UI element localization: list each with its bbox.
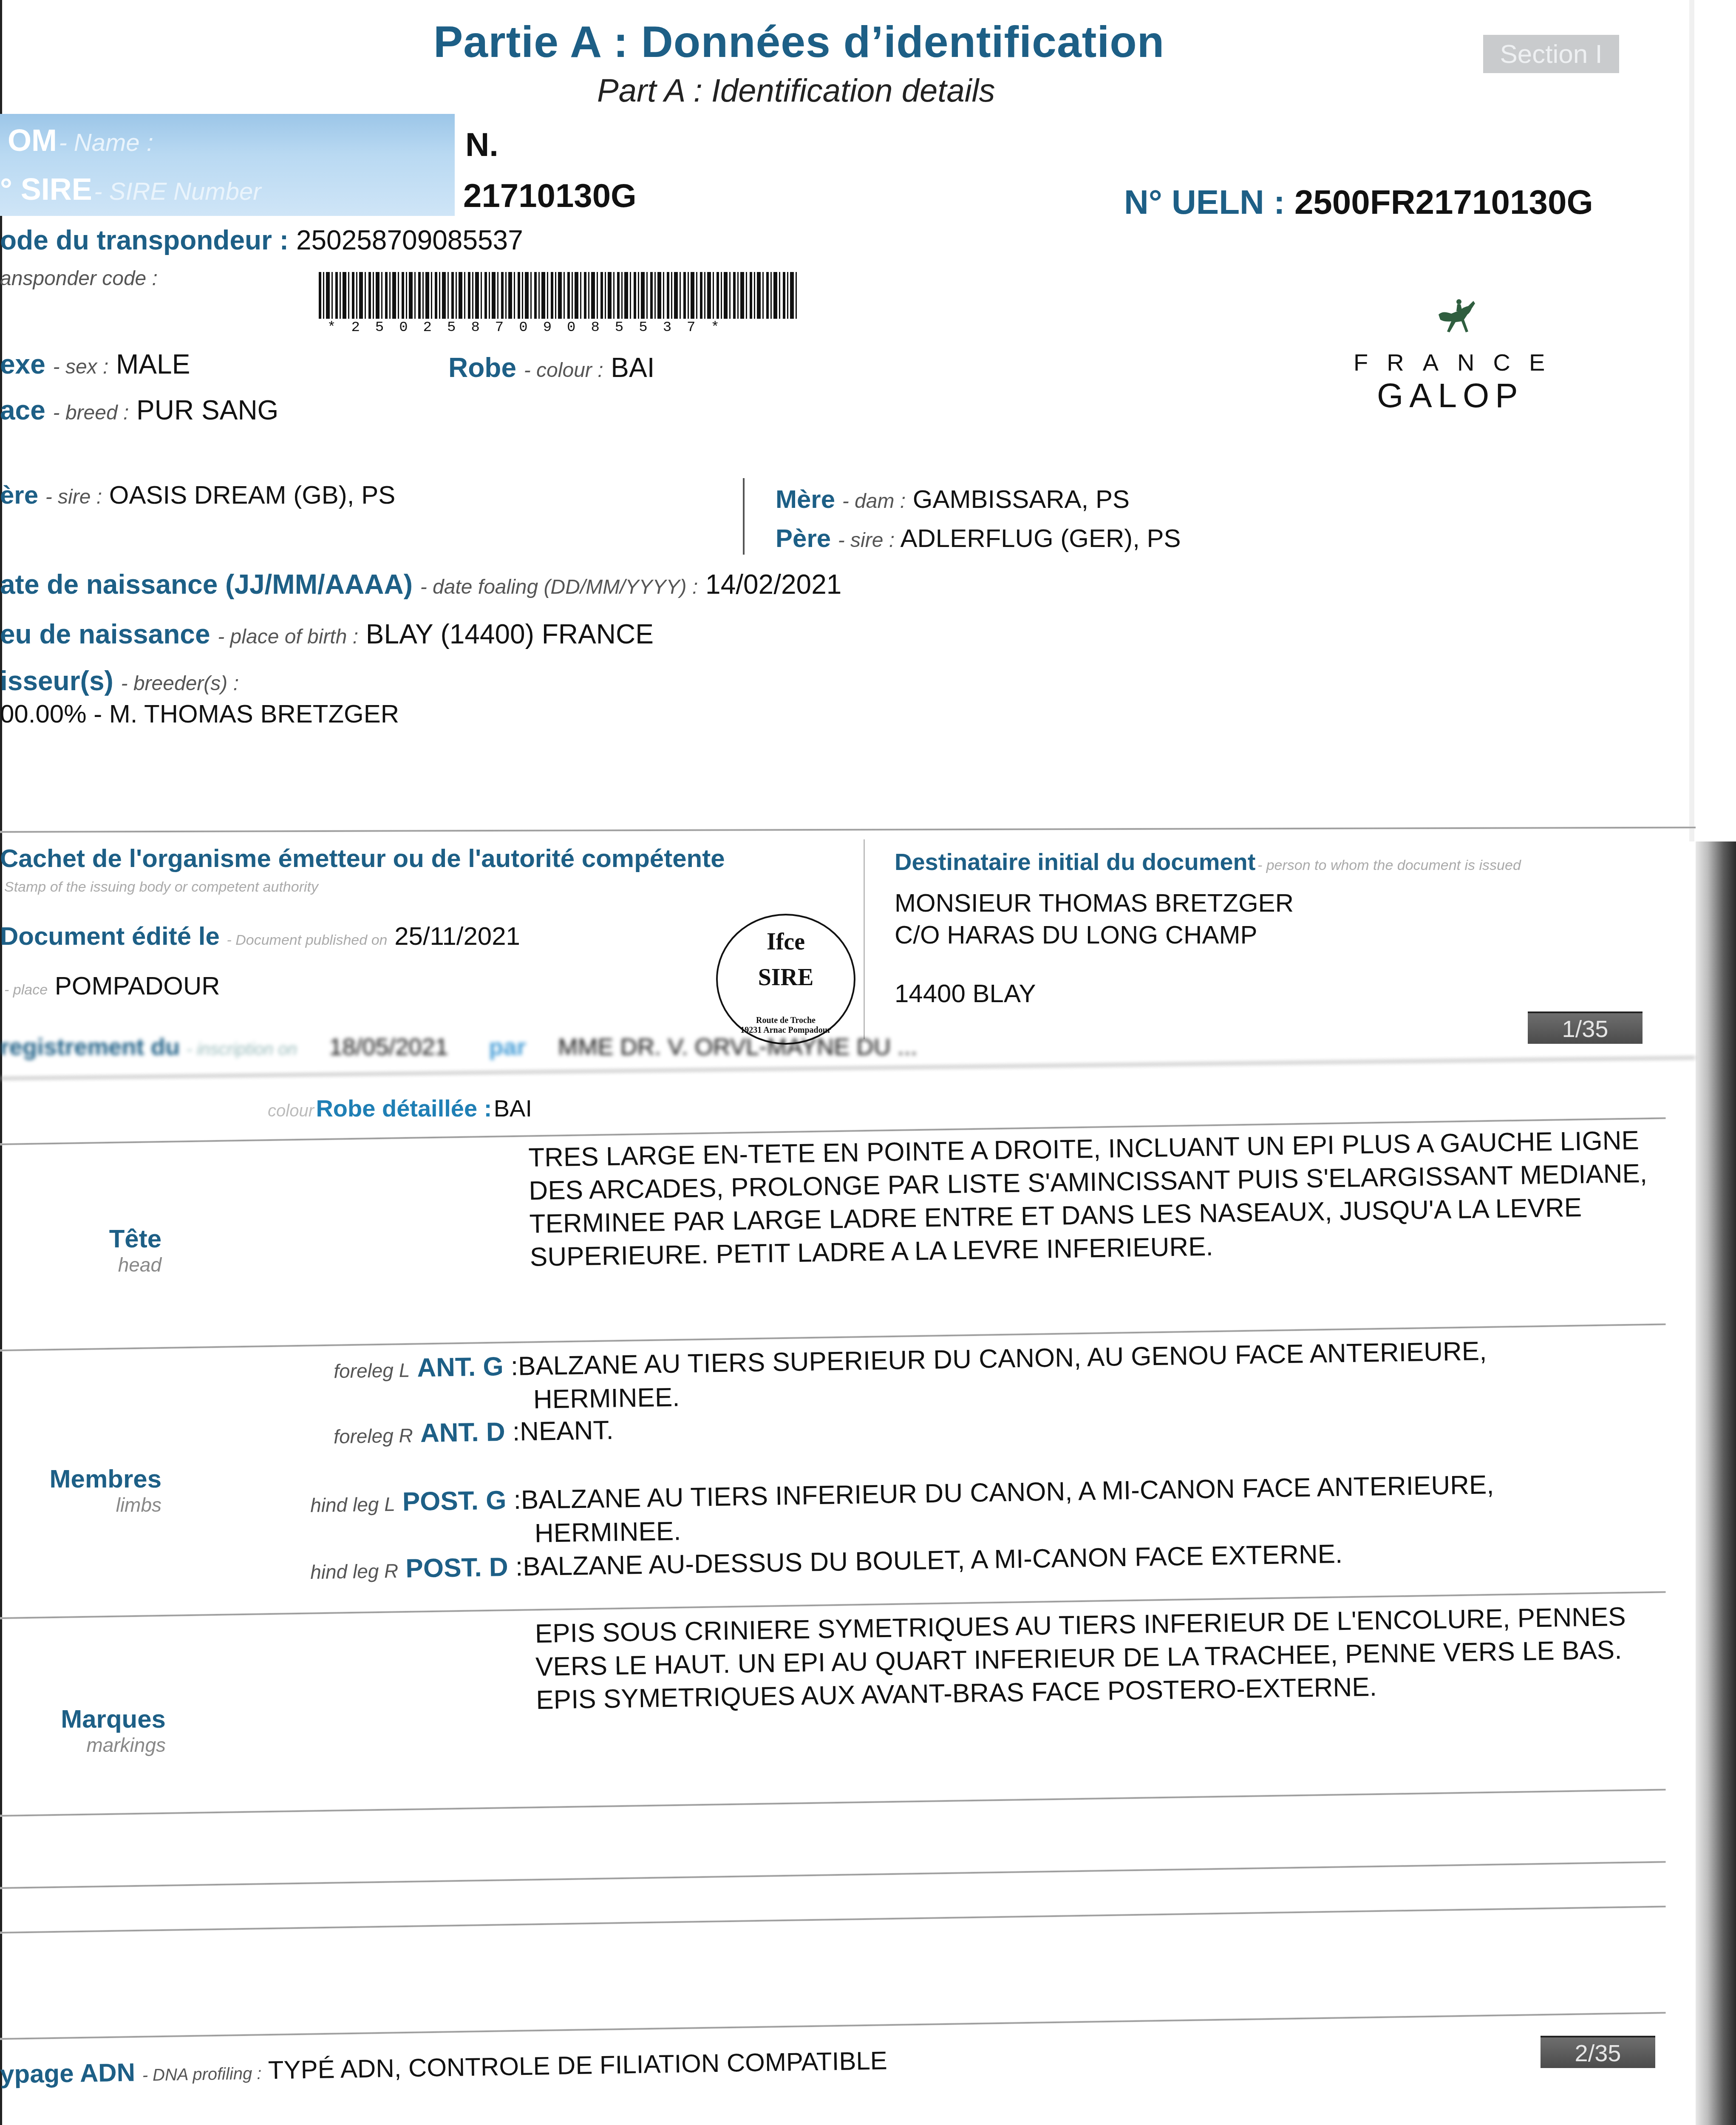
recipient-label: Destinataire initial du document - perso… bbox=[895, 848, 1521, 875]
dam-field: Mère - dam : GAMBISSARA, PS bbox=[776, 484, 1130, 514]
limb-row-hindleg-left-cont: HERMINEE. bbox=[534, 1516, 681, 1548]
dna-profiling-field: ypage ADN - DNA profiling : TYPÉ ADN, CO… bbox=[0, 2046, 887, 2089]
logo-text-galop: GALOP bbox=[1377, 376, 1524, 415]
foaling-date-field: ate de naissance (JJ/MM/AAAA) - date foa… bbox=[0, 569, 841, 600]
markings-label: Marques markings bbox=[42, 1704, 166, 1757]
issuer-recipient-divider bbox=[864, 839, 865, 1039]
markings-description: EPIS SOUS CRINIERE SYMETRIQUES AU TIERS … bbox=[535, 1600, 1666, 1717]
transponder-field: ode du transpondeur : 250258709085537 bbox=[0, 224, 523, 256]
birth-place-field: eu de naissance - place of birth : BLAY … bbox=[0, 618, 654, 650]
limb-row-hindleg-right: hind leg R POST. D :BALZANE AU-DESSUS DU… bbox=[310, 1539, 1343, 1585]
limb-row-foreleg-right: foreleg R ANT. D :NEANT. bbox=[333, 1415, 614, 1450]
horse-name-value: N. bbox=[465, 125, 498, 164]
pedigree-divider bbox=[743, 478, 745, 555]
issuer-stamp-label-en: Stamp of the issuing body or competent a… bbox=[4, 879, 318, 895]
ueln-field: N° UELN : 2500FR21710130G bbox=[1124, 183, 1593, 222]
sire-number-label: ° SIRE - SIRE Number bbox=[0, 172, 261, 207]
sex-field: exe - sex : MALE bbox=[0, 348, 190, 380]
dam-sire-field: Père - sire : ADLERFLUG (GER), PS bbox=[776, 524, 1181, 553]
recipient-line3: 14400 BLAY bbox=[895, 979, 1036, 1008]
page-subtitle: Part A : Identification details bbox=[597, 72, 995, 109]
divider-line bbox=[0, 1788, 1666, 1817]
horse-jockey-icon bbox=[1434, 297, 1481, 336]
logo-text-france: FRANCE bbox=[1354, 348, 1563, 376]
breeder-value: 00.00% - M. THOMAS BRETZGER bbox=[0, 699, 399, 728]
page-title: Partie A : Données d’identification bbox=[433, 17, 1164, 68]
colour-field: Robe - colour : BAI bbox=[448, 352, 654, 383]
recipient-line2: C/O HARAS DU LONG CHAMP bbox=[895, 920, 1257, 949]
head-label: Tête head bbox=[85, 1224, 161, 1276]
page-number-badge-1: 1/35 bbox=[1528, 1011, 1643, 1044]
detailed-colour-field: colour Robe détaillée : BAI bbox=[268, 1094, 532, 1122]
head-description: TRES LARGE EN-TETE EN POINTE A DROITE, I… bbox=[528, 1124, 1657, 1274]
scan-right-edge bbox=[1689, 0, 1694, 841]
scan-left-edge bbox=[0, 0, 2, 2125]
limb-row-foreleg-left-cont: HERMINEE. bbox=[533, 1382, 680, 1414]
registration-line: registrement du - inscription on 18/05/2… bbox=[0, 1033, 917, 1060]
breeder-label: isseur(s) - breeder(s) : bbox=[0, 665, 239, 697]
name-label: OM - Name : bbox=[8, 123, 153, 158]
barcode-digits: *250258709085537* bbox=[327, 320, 735, 336]
page-number-badge-2: 2/35 bbox=[1541, 2036, 1655, 2068]
recipient-line1: MONSIEUR THOMAS BRETZGER bbox=[895, 888, 1294, 918]
limb-row-hindleg-left: hind leg L POST. G :BALZANE AU TIERS INF… bbox=[310, 1470, 1494, 1519]
issuer-stamp-label: Cachet de l'organisme émetteur ou de l'a… bbox=[0, 844, 725, 873]
breed-field: ace - breed : PUR SANG bbox=[0, 394, 278, 426]
transponder-label-en: ansponder code : bbox=[0, 267, 158, 290]
divider-line bbox=[0, 1905, 1666, 1934]
limbs-label: Membres limbs bbox=[34, 1464, 161, 1516]
ifce-sire-stamp: Ifce SIRE Route de Troche 19231 Arnac Po… bbox=[716, 914, 855, 1045]
scan-page-stack-edge bbox=[1696, 841, 1736, 2125]
sire-field: ère - sire : OASIS DREAM (GB), PS bbox=[0, 480, 395, 510]
divider-line bbox=[0, 1861, 1666, 1889]
section-badge: Section I bbox=[1483, 35, 1619, 73]
published-date-field: Document édité le - Document published o… bbox=[0, 921, 520, 951]
sire-number-value: 21710130G bbox=[463, 176, 637, 215]
published-place-field: - place POMPADOUR bbox=[4, 971, 220, 1000]
divider-line bbox=[0, 2012, 1666, 2040]
divider-line bbox=[0, 827, 1696, 833]
transponder-barcode bbox=[319, 272, 799, 319]
